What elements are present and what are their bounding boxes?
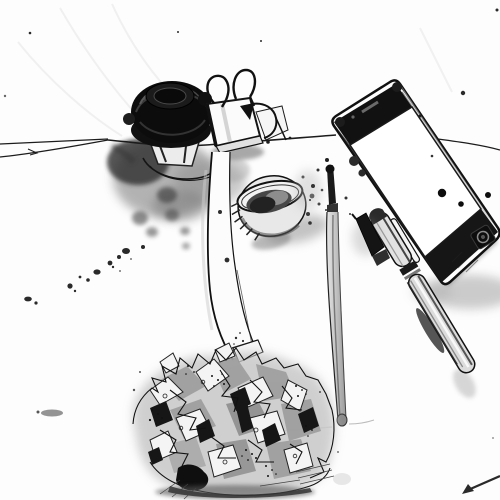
drawing-svg <box>0 0 500 500</box>
ink-drawing-canvas <box>0 0 500 500</box>
camera-dot <box>351 115 354 118</box>
